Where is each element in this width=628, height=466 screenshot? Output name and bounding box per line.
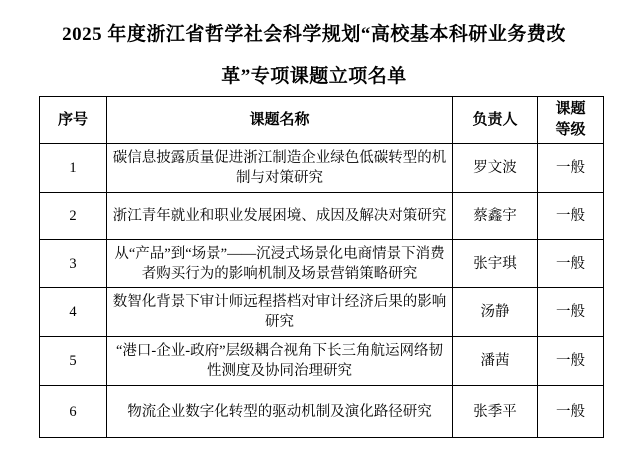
level-cell: 一般 xyxy=(538,240,604,288)
header-serial-number: 序号 xyxy=(40,97,107,144)
serial-number-cell: 2 xyxy=(40,193,107,240)
serial-number-cell: 5 xyxy=(40,337,107,386)
document-title-line1: 2025 年度浙江省哲学社会科学规划“高校基本科研业务费改 xyxy=(0,14,628,56)
table-row: 5 “港口-企业-政府”层级耦合视角下长三角航运网络韧性测度及协同治理研究 潘茜… xyxy=(40,337,604,386)
table-row: 3 从“产品”到“场景”——沉浸式场景化电商情景下消费者购买行为的影响机制及场景… xyxy=(40,240,604,288)
leader-cell: 张宇琪 xyxy=(453,240,538,288)
leader-cell: 潘茜 xyxy=(453,337,538,386)
leader-cell: 罗文波 xyxy=(453,144,538,193)
header-level: 课题等级 xyxy=(538,97,604,144)
project-title-cell: 数智化背景下审计师远程搭档对审计经济后果的影响研究 xyxy=(107,288,453,337)
level-cell: 一般 xyxy=(538,288,604,337)
serial-number-cell: 6 xyxy=(40,386,107,438)
project-list-table: 序号 课题名称 负责人 课题等级 1 碳信息披露质量促进浙江制造企业绿色低碳转型… xyxy=(39,96,604,438)
document-title-line2: 革”专项课题立项名单 xyxy=(0,56,628,98)
table-row: 1 碳信息披露质量促进浙江制造企业绿色低碳转型的机制与对策研究 罗文波 一般 xyxy=(40,144,604,193)
project-title-cell: 碳信息披露质量促进浙江制造企业绿色低碳转型的机制与对策研究 xyxy=(107,144,453,193)
table-row: 2 浙江青年就业和职业发展困境、成因及解决对策研究 蔡鑫宇 一般 xyxy=(40,193,604,240)
leader-cell: 张季平 xyxy=(453,386,538,438)
document-page: 2025 年度浙江省哲学社会科学规划“高校基本科研业务费改 革”专项课题立项名单… xyxy=(0,0,628,466)
project-title-cell: 物流企业数字化转型的驱动机制及演化路径研究 xyxy=(107,386,453,438)
header-leader: 负责人 xyxy=(453,97,538,144)
level-cell: 一般 xyxy=(538,193,604,240)
serial-number-cell: 4 xyxy=(40,288,107,337)
serial-number-cell: 1 xyxy=(40,144,107,193)
project-title-cell: “港口-企业-政府”层级耦合视角下长三角航运网络韧性测度及协同治理研究 xyxy=(107,337,453,386)
table-row: 4 数智化背景下审计师远程搭档对审计经济后果的影响研究 汤静 一般 xyxy=(40,288,604,337)
header-project-title: 课题名称 xyxy=(107,97,453,144)
document-title: 2025 年度浙江省哲学社会科学规划“高校基本科研业务费改 革”专项课题立项名单 xyxy=(0,0,628,98)
table-row: 6 物流企业数字化转型的驱动机制及演化路径研究 张季平 一般 xyxy=(40,386,604,438)
level-cell: 一般 xyxy=(538,337,604,386)
table-header-row: 序号 课题名称 负责人 课题等级 xyxy=(40,97,604,144)
level-cell: 一般 xyxy=(538,144,604,193)
project-title-cell: 从“产品”到“场景”——沉浸式场景化电商情景下消费者购买行为的影响机制及场景营销… xyxy=(107,240,453,288)
leader-cell: 汤静 xyxy=(453,288,538,337)
project-title-cell: 浙江青年就业和职业发展困境、成因及解决对策研究 xyxy=(107,193,453,240)
level-cell: 一般 xyxy=(538,386,604,438)
header-level-label: 课题等级 xyxy=(554,99,588,141)
leader-cell: 蔡鑫宇 xyxy=(453,193,538,240)
serial-number-cell: 3 xyxy=(40,240,107,288)
